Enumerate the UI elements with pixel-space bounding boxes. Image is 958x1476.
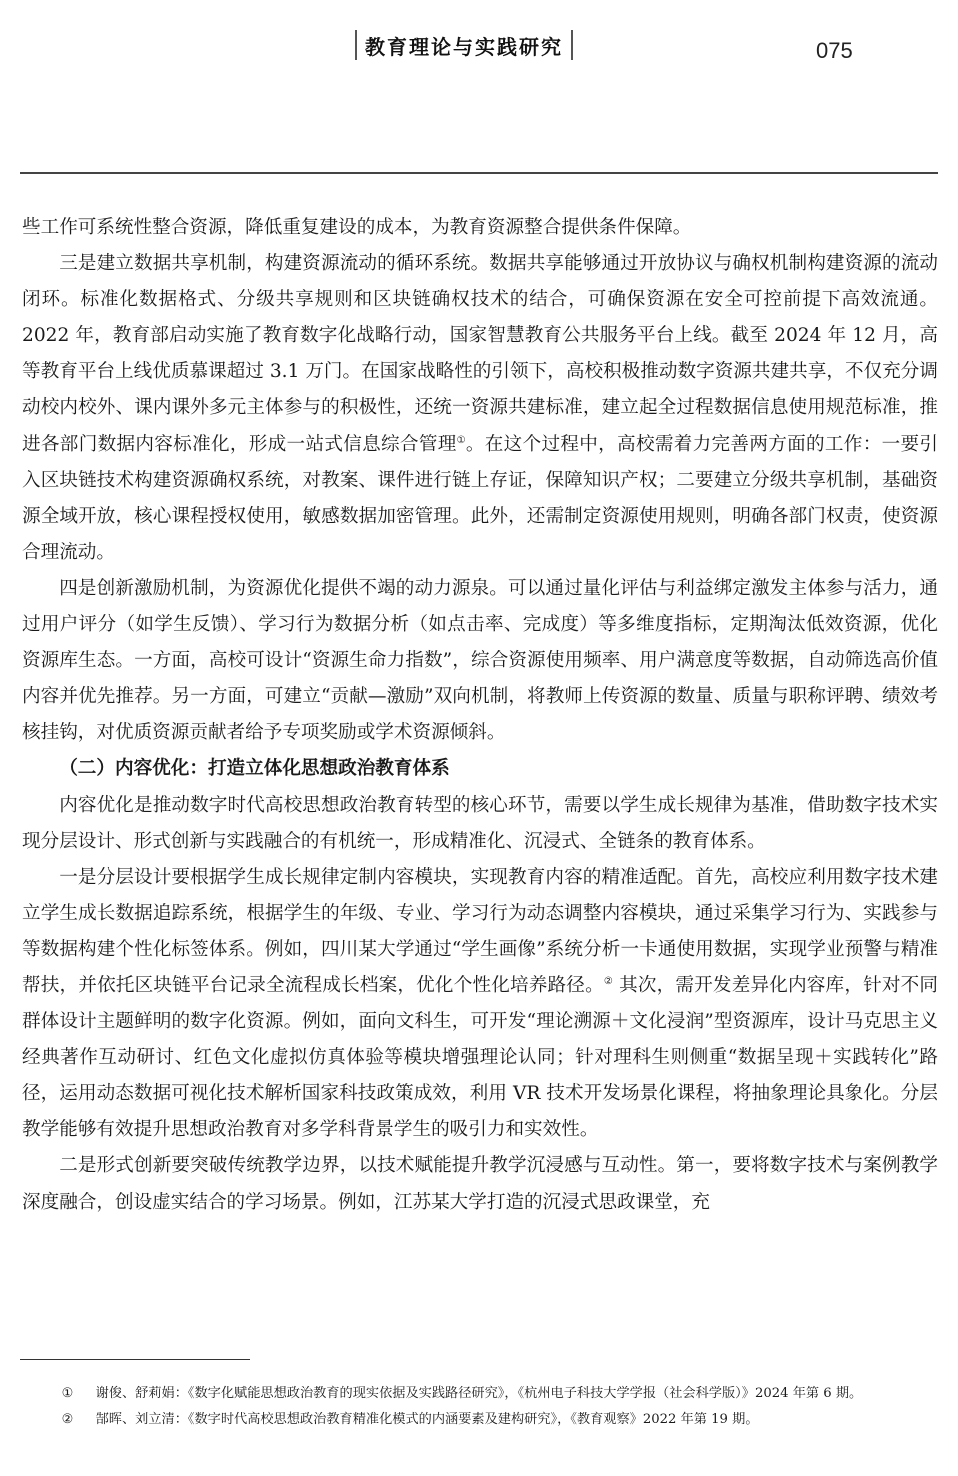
running-head: 教育理论与实践研究 <box>355 30 573 60</box>
footnote-text: 郜晖、刘立清：《数字时代高校思想政治教育精准化模式的内涵要素及建构研究》，《教育… <box>96 1412 759 1427</box>
section-heading: （二）内容优化：打造立体化思想政治教育体系 <box>22 751 938 787</box>
journal-section-title: 教育理论与实践研究 <box>357 31 571 60</box>
paragraph-continuation: 些工作可系统性整合资源，降低重复建设的成本，为教育资源整合提供条件保障。 <box>22 210 938 246</box>
footnote-mark: ② <box>62 1409 96 1431</box>
body-text: 些工作可系统性整合资源，降低重复建设的成本，为教育资源整合提供条件保障。 三是建… <box>22 210 938 1221</box>
paragraph-form-innovation: 二是形式创新要突破传统教学边界，以技术赋能提升教学沉浸感与互动性。第一，要将数字… <box>22 1148 938 1220</box>
header-right-bar <box>571 30 573 60</box>
paragraph-content-optimization: 内容优化是推动数字时代高校思想政治教育转型的核心环节，需要以学生成长规律为基准，… <box>22 788 938 860</box>
paragraph-incentive: 四是创新激励机制，为资源优化提供不竭的动力源泉。可以通过量化评估与利益绑定激发主… <box>22 571 938 751</box>
footnotes: ①谢俊、舒莉娟：《数字化赋能思想政治教育的现实依据及实践路径研究》，《杭州电子科… <box>22 1383 938 1435</box>
footnote-mark: ① <box>62 1383 96 1405</box>
paragraph-layered-design: 一是分层设计要根据学生成长规律定制内容模块，实现教育内容的精准适配。首先，高校应… <box>22 860 938 1149</box>
header-rule <box>20 172 938 174</box>
footnote-ref-1[interactable]: ① <box>457 435 466 446</box>
footnote-text: 谢俊、舒莉娟：《数字化赋能思想政治教育的现实依据及实践路径研究》，《杭州电子科技… <box>96 1386 863 1401</box>
paragraph-data-sharing: 三是建立数据共享机制，构建资源流动的循环系统。数据共享能够通过开放协议与确权机制… <box>22 246 938 571</box>
footnote-rule <box>20 1359 250 1360</box>
paragraph-text: 三是建立数据共享机制，构建资源流动的循环系统。数据共享能够通过开放协议与确权机制… <box>22 253 938 454</box>
paragraph-text: 其次，需开发差异化内容库，针对不同群体设计主题鲜明的数字化资源。例如，面向文科生… <box>22 975 938 1140</box>
footnote-1: ①谢俊、舒莉娟：《数字化赋能思想政治教育的现实依据及实践路径研究》，《杭州电子科… <box>22 1383 938 1405</box>
footnote-2: ②郜晖、刘立清：《数字时代高校思想政治教育精准化模式的内涵要素及建构研究》，《教… <box>22 1409 938 1431</box>
footnote-ref-2[interactable]: ② <box>604 976 613 987</box>
page-number: 075 <box>816 38 853 64</box>
